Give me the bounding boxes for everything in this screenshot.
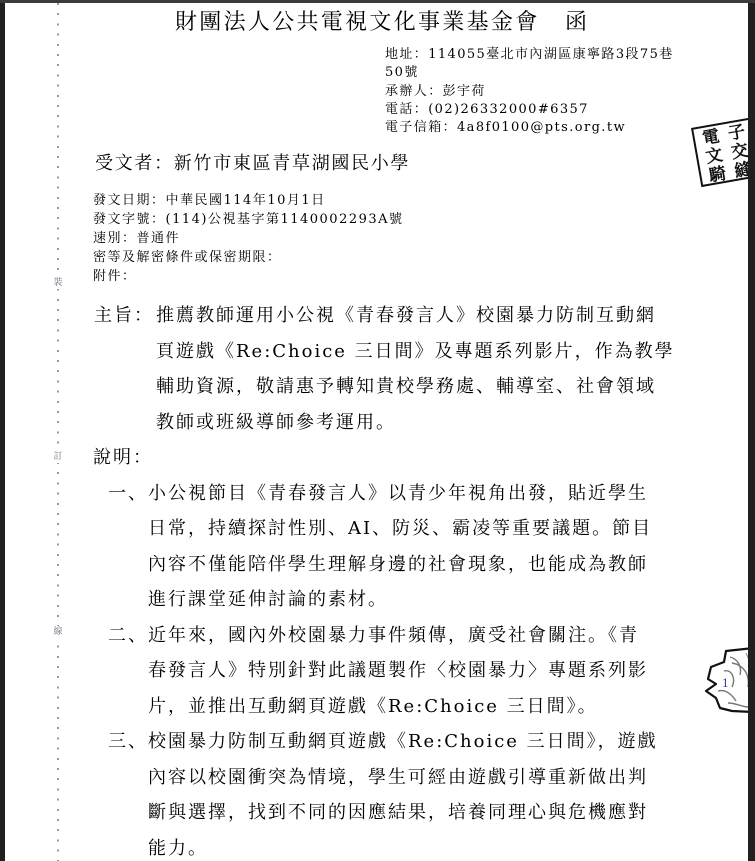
item-1-text: 小公視節目《青春發言人》以青少年視角出發，貼近學生 日常，持續探討性別、AI、防… [148,476,652,618]
item-line: 日常，持續探討性別、AI、防災、霸凌等重要議題。節目 [148,511,652,547]
binding-mark-xian: 線 [51,626,65,638]
subject-line: 頁遊戲《Re:Choice 三日間》及專題系列影片，作為教學 [156,334,675,370]
binding-mark-zhuang: 裝 [51,277,65,289]
seal-page-number: 1 [722,675,729,690]
recipient: 受文者：新竹市東區青草湖國民小學 [95,152,410,176]
stamp-char: 縫 [729,159,748,182]
exchange-stamp-icon: 電 子 文 交 騎 縫 [691,115,748,187]
item-line: 內容以校園衝突為情境，學生可經由遊戲引導重新做出判 [148,760,658,796]
sender-address: 地址：114055臺北市內湖區康寧路3段75巷 [385,46,674,64]
item-line: 能力。 [148,831,658,861]
document-type: 函 [565,10,587,36]
item-line: 春發言人》特別針對此議題製作〈校園暴力〉專題系列影 [148,653,648,689]
item-line: 內容不僅能陪伴學生理解身邊的社會現象，也能成為教師 [148,547,652,583]
issue-date: 發文日期：中華民國114年10月1日 [93,191,404,210]
binding-dotted-line [57,3,59,861]
binding-mark-ding: 訂 [51,451,65,463]
sender-email: 電子信箱：4a8f0100@pts.org.tw [385,119,674,137]
subject-line: 輔助資源，敬請惠予轉知貴校學務處、輔導室、社會領域 [156,369,675,405]
item-line: 近年來，國內外校園暴力事件頻傳，廣受社會關注。《青 [148,618,648,654]
stamp-char: 騎 [703,164,732,187]
subject-line: 教師或班級導師參考運用。 [156,405,675,441]
subject-label: 主旨： [94,298,154,334]
attachments: 附件： [93,267,404,286]
sender-phone: 電話：(02)26332000#6357 [385,101,674,119]
page-seal-icon: 1 [702,645,748,715]
subject-text: 推薦教師運用小公視《青春發言人》校園暴力防制互動網 頁遊戲《Re:Choice … [156,298,675,440]
classification: 密等及解密條件或保密期限： [93,248,404,267]
item-1-number: 一、 [108,476,148,512]
item-3-number: 三、 [108,724,148,760]
item-line: 校園暴力防制互動網頁遊戲《Re:Choice 三日間》，遊戲 [148,724,658,760]
subject-line: 推薦教師運用小公視《青春發言人》校園暴力防制互動網 [156,298,675,334]
sender-contact-person: 承辦人：彭宇荷 [385,83,674,101]
urgency: 速別：普通件 [93,229,404,248]
item-line: 進行課堂延伸討論的素材。 [148,582,652,618]
document-meta: 發文日期：中華民國114年10月1日 發文字號：(114)公視基字第114000… [93,191,404,286]
sender-info: 地址：114055臺北市內湖區康寧路3段75巷 50號 承辦人：彭宇荷 電話：(… [385,46,674,137]
sender-address-cont: 50號 [385,64,674,82]
document-number: 發文字號：(114)公視基字第1140002293A號 [93,210,404,229]
document-title: 財團法人公共電視文化事業基金會 [175,10,540,36]
item-2-number: 二、 [108,618,148,654]
item-3-text: 校園暴力防制互動網頁遊戲《Re:Choice 三日間》，遊戲 內容以校園衝突為情… [148,724,658,861]
explanation-label: 說明： [93,440,153,476]
item-line: 片，並推出互動網頁遊戲《Re:Choice 三日間》。 [148,689,648,725]
item-line: 斷與選擇，找到不同的因應結果，培養同理心與危機應對 [148,795,658,831]
item-2-text: 近年來，國內外校園暴力事件頻傳，廣受社會關注。《青 春發言人》特別針對此議題製作… [148,618,648,725]
document-page: 裝 訂 線 財團法人公共電視文化事業基金會 函 地址：114055臺北市內湖區康… [5,3,748,861]
item-line: 小公視節目《青春發言人》以青少年視角出發，貼近學生 [148,476,652,512]
